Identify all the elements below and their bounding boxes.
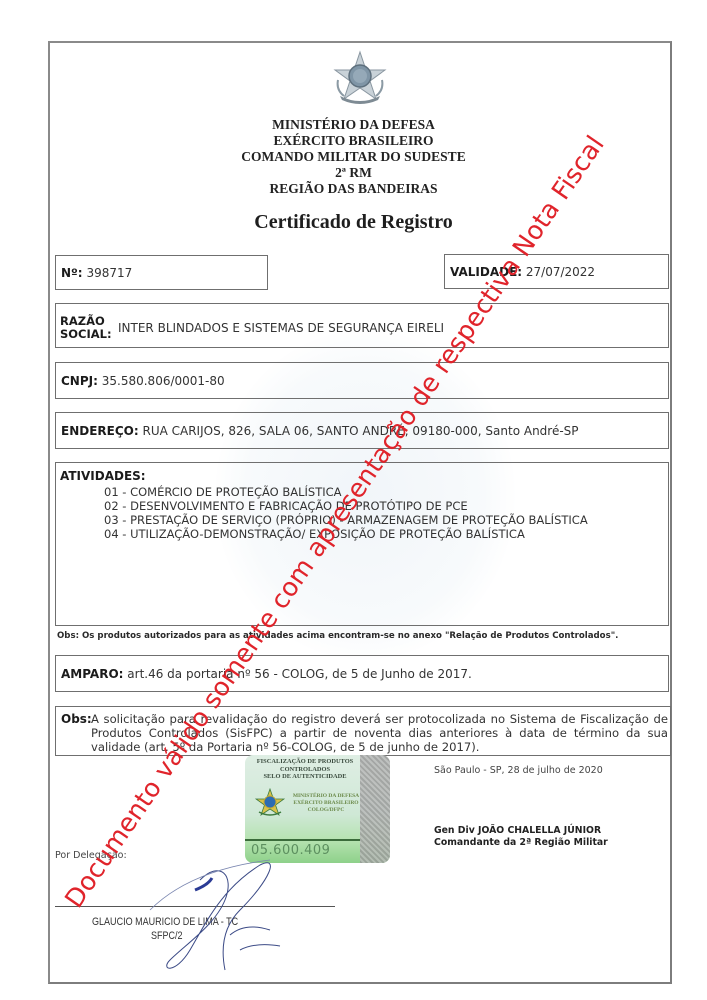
razao-social-label: RAZÃO SOCIAL:: [60, 315, 112, 341]
cnpj-label: CNPJ:: [61, 374, 98, 388]
cnpj-field: CNPJ: 35.580.806/0001-80: [55, 362, 669, 399]
authenticity-seal: FISCALIZAÇÃO DE PRODUTOS CONTROLADOS SEL…: [245, 755, 390, 863]
amparo-label: AMPARO:: [61, 667, 123, 681]
seal-org-line: MINISTÉRIO DA DEFESA: [291, 793, 361, 800]
obs-label: Obs:: [61, 712, 92, 726]
obs-produtos-note: Obs: Os produtos autorizados para as ati…: [57, 631, 618, 641]
seal-divider: [245, 839, 360, 841]
place-date: São Paulo - SP, 28 de julho de 2020: [434, 765, 603, 776]
numero-field: Nº: 398717: [55, 255, 268, 290]
header-line: COMANDO MILITAR DO SUDESTE: [180, 149, 527, 165]
obs-field: Obs: A solicitação para revalidação do r…: [55, 706, 671, 756]
numero-value: 398717: [86, 266, 132, 280]
atividades-label: ATIVIDADES:: [60, 469, 146, 483]
header-line: EXÉRCITO BRASILEIRO: [180, 133, 527, 149]
razao-label-line: SOCIAL:: [60, 328, 112, 341]
seal-organization: MINISTÉRIO DA DEFESA EXÉRCITO BRASILEIRO…: [291, 793, 361, 814]
endereco-field: ENDEREÇO: RUA CARIJOS, 826, SALA 06, SAN…: [55, 412, 669, 449]
amparo-value: art.46 da portaria nº 56 - COLOG, de 5 d…: [127, 667, 472, 681]
endereco-value: RUA CARIJOS, 826, SALA 06, SANTO ANDRÉ, …: [142, 424, 578, 438]
handwritten-signature-icon: [130, 850, 330, 980]
header-line: REGIÃO DAS BANDEIRAS: [180, 181, 527, 197]
validade-field: VALIDADE: 27/07/2022: [444, 254, 669, 289]
header-line: 2ª RM: [180, 165, 527, 181]
endereco-label: ENDEREÇO:: [61, 424, 139, 438]
razao-social-value: INTER BLINDADOS E SISTEMAS DE SEGURANÇA …: [118, 321, 444, 335]
validade-value: 27/07/2022: [526, 265, 595, 279]
hologram-strip: [360, 755, 390, 863]
seal-org-line: COLOG/DFPC: [291, 807, 361, 814]
brazil-coat-of-arms-icon: [332, 50, 388, 106]
signer-role: Comandante da 2ª Região Militar: [434, 837, 608, 849]
signer-block: Gen Div JOÃO CHALELLA JÚNIOR Comandante …: [434, 825, 608, 849]
cnpj-value: 35.580.806/0001-80: [102, 374, 225, 388]
seal-title-line: CONTROLADOS: [249, 766, 361, 774]
seal-title: FISCALIZAÇÃO DE PRODUTOS CONTROLADOS SEL…: [249, 758, 361, 781]
header-line: MINISTÉRIO DA DEFESA: [180, 117, 527, 133]
amparo-field: AMPARO: art.46 da portaria nº 56 - COLOG…: [55, 655, 669, 692]
document-title: Certificado de Registro: [180, 211, 527, 234]
signer-name: Gen Div JOÃO CHALELLA JÚNIOR: [434, 825, 608, 837]
numero-label: Nº:: [61, 266, 83, 280]
seal-coat-of-arms-icon: [255, 788, 285, 818]
seal-title-line: SELO DE AUTENTICIDADE: [249, 773, 361, 781]
seal-title-line: FISCALIZAÇÃO DE PRODUTOS: [249, 758, 361, 766]
seal-org-line: EXÉRCITO BRASILEIRO: [291, 800, 361, 807]
razao-social-field: RAZÃO SOCIAL: INTER BLINDADOS E SISTEMAS…: [55, 303, 669, 348]
issuer-header: MINISTÉRIO DA DEFESA EXÉRCITO BRASILEIRO…: [180, 117, 527, 197]
